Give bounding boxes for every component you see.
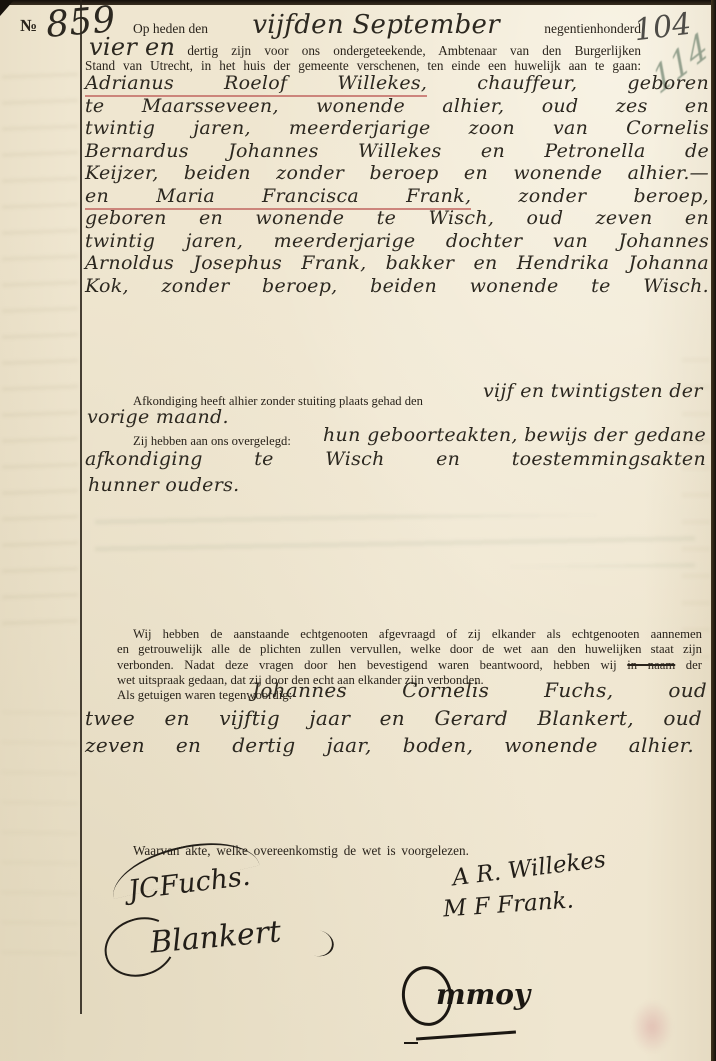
witness-handwritten-line-1: Johannes Cornelis Fuchs, oud [252,678,707,702]
party-line-text: twintig jaren, meerderjarige zoon van Co… [85,117,709,139]
party-line: Bernardus Johannes Willekes en Petronell… [85,140,709,163]
bleedthrough-center [95,515,695,567]
bride-name-underlined: en Maria Francisca Frank, [85,185,471,210]
pink-ink-smudge [630,998,674,1056]
vows-line-3-post: der [675,658,702,672]
struck-text-in-naam: in naam [627,658,675,672]
party-line-text: chauffeur, geboren [427,72,709,94]
signature-groom: A R. Willekes [451,847,607,892]
party-line-text: Keijzer, beiden zonder beroep en wonende… [85,162,709,184]
printed-negentienhonderd: negentienhonderd [544,21,641,37]
handwritten-year-part: vier en [89,33,175,61]
handwritten-date: vijfden September [208,10,544,40]
witness-handwritten-line-3: zeven en dertig jaar, boden, wonende alh… [85,733,694,757]
handwritten-vorige-maand: vorige maand. [87,406,229,428]
vows-line-1: Wij hebben de aanstaande echtgenooten af… [117,627,702,642]
signature-witness-fuchs: JCFuchs. [127,861,252,907]
scan-edge-right [711,0,716,1061]
party-line-text: twintig jaren, meerderjarige dochter van… [85,230,709,252]
handwritten-documents-1: hun geboorteakten, bewijs der gedane [323,424,706,446]
party-line: Arnoldus Josephus Frank, bakker en Hendr… [85,252,709,275]
intro-section: Op heden den vijfden September negentien… [85,14,641,76]
handwritten-documents-3: hunner ouders. [88,474,239,496]
vows-line-2: en getrouwelijk alle de plichten zullen … [117,642,702,657]
party-line-text: zonder beroep, [471,185,709,207]
bleedthrough-left-margin [2,58,78,628]
signature-witness-blankert: Blankert [149,914,283,960]
vows-line-3: verbonden. Nadat deze vragen door hen be… [117,658,702,673]
bleedthrough-left-margin-lower [2,690,78,970]
document-page: № 859 104 114 Op heden den vijfden Septe… [0,0,716,1061]
registrar-signature-underline [416,1031,516,1040]
party-line: geboren en wonende te Wisch, oud zeven e… [85,207,709,230]
printed-overgelegd: Zij hebben aan ons overgelegd: [133,434,291,449]
signature-bride: M F Frank. [442,887,574,922]
party-line-text: te Maarsseveen, wonende alhier, oud zes … [85,95,709,117]
signature-flourish-tail [297,926,336,959]
party-line: te Maarsseveen, wonende alhier, oud zes … [85,95,709,118]
party-line-text: Arnoldus Josephus Frank, bakker en Hendr… [85,252,709,274]
party-line: Keijzer, beiden zonder beroep en wonende… [85,162,709,185]
party-line: twintig jaren, meerderjarige dochter van… [85,230,709,253]
party-line: Kok, zonder beroep, beiden wonende te Wi… [85,275,709,298]
margin-rule [80,0,82,1014]
groom-name-underlined: Adrianus Roelof Willekes, [85,72,427,97]
parties-handwritten-block: Adrianus Roelof Willekes, chauffeur, geb… [85,72,709,297]
party-line: Adrianus Roelof Willekes, chauffeur, geb… [85,72,709,95]
handwritten-documents-2: afkondiging te Wisch en toestemmingsakte… [85,448,706,470]
party-line: twintig jaren, meerderjarige zoon van Co… [85,117,709,140]
printed-intro-line-2: dertig zijn voor ons ondergeteekende, Am… [187,43,641,59]
handwritten-announcement-date: vijf en twintigsten der [483,380,706,402]
party-line-text: Bernardus Johannes Willekes en Petronell… [85,140,709,162]
party-line: en Maria Francisca Frank, zonder beroep, [85,185,709,208]
registrar-signature-dash [404,1042,418,1044]
party-line-text: geboren en wonende te Wisch, oud zeven e… [85,207,709,229]
registrar-signature-text: mmoy [436,978,530,1011]
act-number-label: № [20,16,37,36]
signature-registrar: mmoy [400,962,520,1047]
party-line-text: Kok, zonder beroep, beiden wonende te Wi… [85,275,709,297]
vows-line-3-pre: verbonden. Nadat deze vragen door hen be… [117,658,627,672]
witness-handwritten-line-2: twee en vijftig jaar en Gerard Blankert,… [85,706,702,730]
announcement-section: Afkondiging heeft alhier zonder stuiting… [85,386,706,506]
scan-corner-top-left [0,0,14,16]
